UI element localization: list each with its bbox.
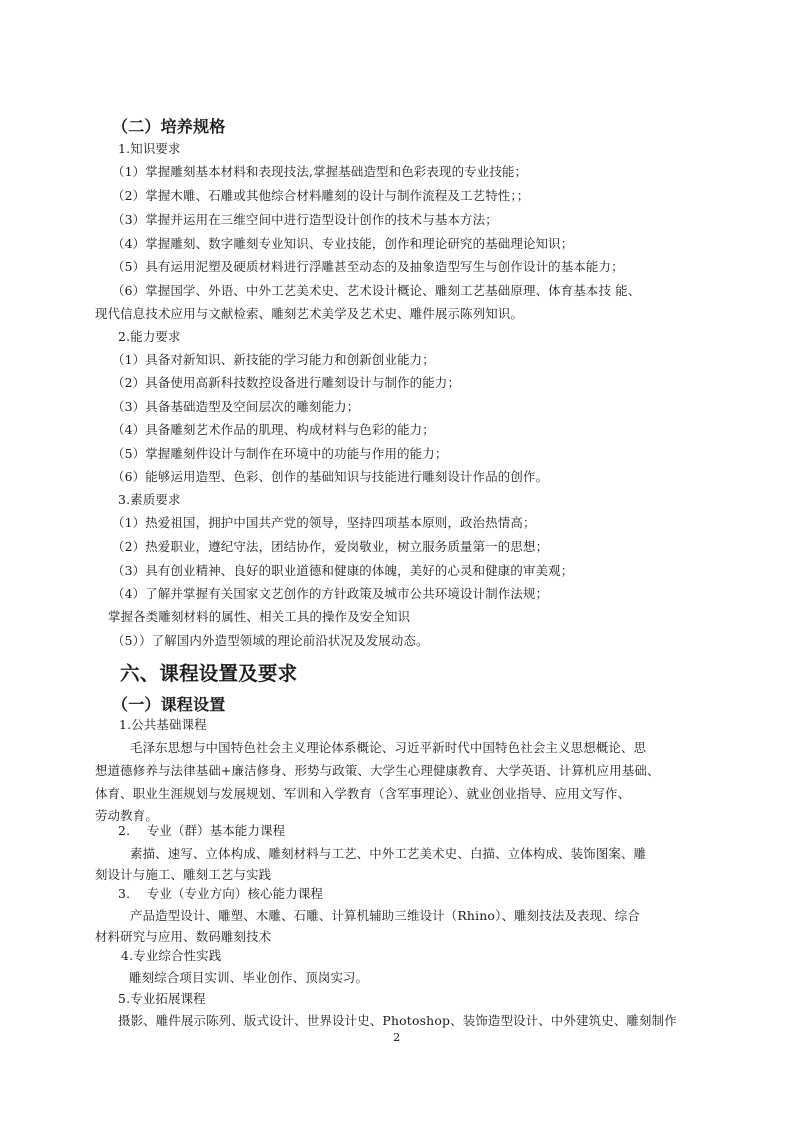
quality-item: （4）了解并掌握有关国家文艺创作的方针政策及城市公共环境设计制作法规； (112, 586, 548, 602)
course-group-text: 素描、速写、立体构成、雕刻材料与工艺、中外工艺美术史、白描、立体构成、装饰图案、… (130, 846, 646, 862)
quality-item: （2）热爱职业，遵纪守法，团结协作，爱岗敬业，树立服务质量第一的思想； (112, 539, 548, 555)
course-group-text: 想道德修养与法律基础+廉洁修身、形势与政策、大学生心理健康教育、大学英语、计算机… (95, 763, 660, 779)
chapter-heading-courses: 六、课程设置及要求 (120, 662, 297, 686)
quality-item: （3）具有创业精神、良好的职业道德和健康的体魄，美好的心灵和健康的审美观； (112, 563, 573, 579)
knowledge-item: （3）掌握并运用在三维空间中进行造型设计创作的技术与基本方法； (112, 212, 498, 228)
knowledge-item: （6）掌握国学、外语、中外工艺美术史、艺术设计概论、雕刻工艺基础原理、体育基本技… (112, 283, 640, 299)
ability-item: （3）具备基础造型及空间层次的雕刻能力； (112, 399, 359, 415)
section-heading-training-spec: （二）培养规格 (112, 117, 225, 137)
course-group-title: 3. 专业（专业方向）核心能力课程 (118, 886, 323, 902)
course-group-text: 毛泽东思想与中国特色社会主义理论体系概论、习近平新时代中国特色社会主义思想概论、… (130, 740, 646, 756)
quality-item-extra: 掌握各类雕刻材料的属性、相关工具的操作及安全知识 (108, 609, 410, 625)
ability-item: （5）掌握雕刻件设计与制作在环境中的功能与作用的能力； (112, 446, 447, 462)
ability-title: 2.能力要求 (118, 329, 181, 345)
quality-title: 3.素质要求 (118, 492, 181, 508)
course-group-text: 刻设计与施工、雕刻工艺与实践 (95, 867, 271, 883)
course-group-text: 劳动教育。 (95, 808, 158, 824)
course-group-title: 5.专业拓展课程 (118, 991, 206, 1007)
course-group-title: 4.专业综合性实践 (121, 948, 221, 964)
course-group-text: 体育、职业生涯规划与发展规划、军训和入学教育（含军事理论）、就业创业指导、应用文… (95, 786, 630, 802)
ability-item: （1）具备对新知识、新技能的学习能力和创新创业能力； (112, 352, 435, 368)
knowledge-item: （4）掌握雕刻、数字雕刻专业知识、专业技能，创作和理论研究的基础理论知识； (112, 236, 573, 252)
knowledge-item: （2）掌握木雕、石雕或其他综合材料雕刻的设计与制作流程及工艺特性；； (112, 188, 529, 204)
knowledge-item: （1）掌握雕刻基本材料和表现技法,掌握基础造型和色彩表现的专业技能； (112, 164, 527, 180)
ability-item: （6）能够运用造型、色彩、创作的基础知识与技能进行雕刻设计作品的创作。 (112, 469, 548, 485)
course-group-text: 材料研究与应用、数码雕刻技术 (95, 929, 271, 945)
section-heading-course-setup: （一）课程设置 (112, 695, 225, 715)
course-group-text: 摄影、雕件展示陈列、版式设计、世界设计史、Photoshop、装饰造型设计、中外… (118, 1013, 677, 1029)
course-group-text: 雕刻综合项目实训、毕业创作、顶岗实习。 (129, 970, 368, 986)
course-group-title: 2. 专业（群）基本能力课程 (118, 823, 285, 839)
quality-item: （1）热爱祖国，拥护中国共产党的领导，坚持四项基本原则，政治热情高； (112, 515, 536, 531)
page-number: 2 (393, 1030, 400, 1044)
document-page: （二）培养规格 1.知识要求 （1）掌握雕刻基本材料和表现技法,掌握基础造型和色… (0, 0, 793, 1122)
ability-item: （4）具备雕刻艺术作品的肌理、构成材料与色彩的能力； (112, 422, 435, 438)
quality-item: （5））了解国内外造型领域的理论前沿状况及发展动态。 (112, 633, 429, 649)
knowledge-title: 1.知识要求 (118, 141, 181, 157)
ability-item: （2）具备使用高新科技数控设备进行雕刻设计与制作的能力； (112, 375, 460, 391)
knowledge-item: （5）具有运用泥塑及硬质材料进行浮雕甚至动态的及抽象造型写生与创作设计的基本能力… (112, 259, 624, 275)
course-group-text: 产品造型设计、雕塑、木雕、石雕、计算机辅助三维设计（Rhino）、雕刻技法及表现… (130, 908, 640, 924)
knowledge-item-continuation: 现代信息技术应用与文献检索、雕刻艺术美学及艺术史、雕件展示陈列知识。 (95, 306, 523, 322)
course-group-title: 1.公共基础课程 (119, 717, 207, 733)
